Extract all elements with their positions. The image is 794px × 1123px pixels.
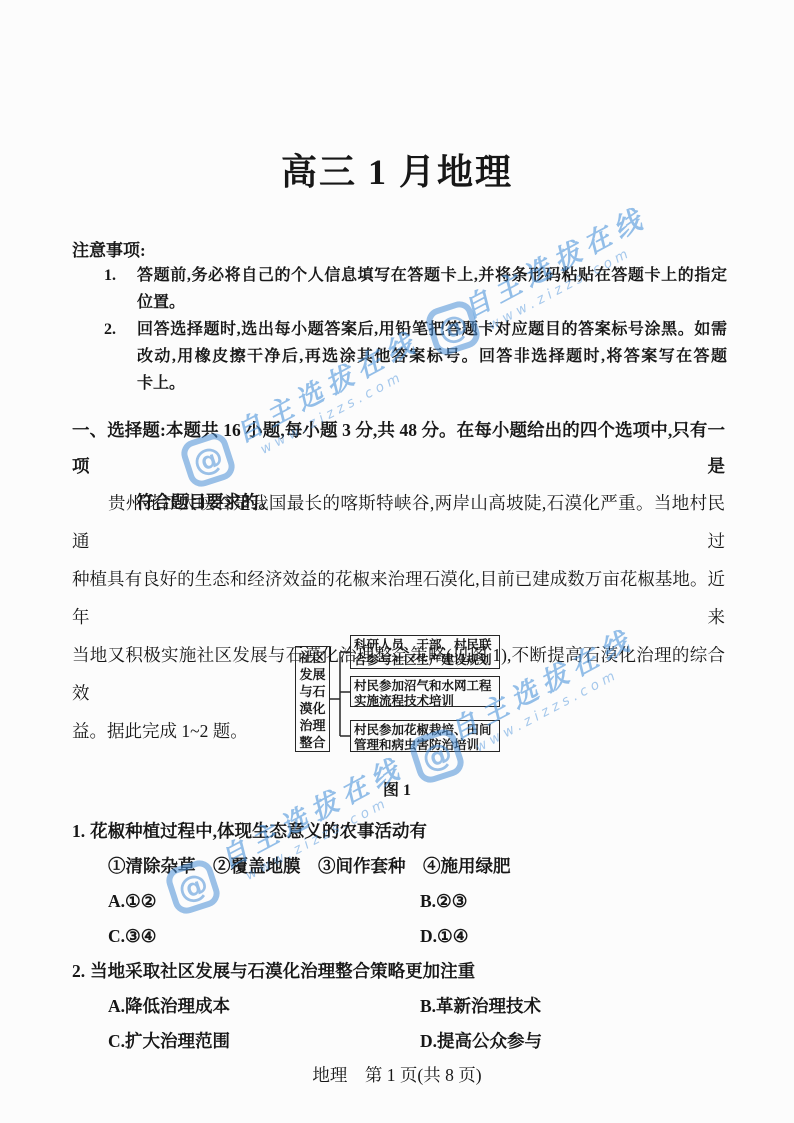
question-2-option-c: C.扩大治理范围 bbox=[108, 1026, 230, 1056]
question-1-option-b: B.②③ bbox=[420, 886, 467, 916]
exam-paper-page: 高三 1 月地理 注意事项: 1. 答题前,务必将自己的个人信息填写在答题卡上,… bbox=[0, 0, 794, 1123]
question-1-option-c: C.③④ bbox=[108, 921, 156, 951]
notice-item-2-text: 回答选择题时,选出每小题答案后,用铅笔把答题卡对应题目的答案标号涂黑。如需改动,… bbox=[137, 316, 727, 397]
notice-item-1-text: 答题前,务必将自己的个人信息填写在答题卡上,并将条形码粘贴在答题卡上的指定位置。 bbox=[137, 262, 727, 316]
question-2-text: 当地采取社区发展与石漠化治理整合策略更加注重 bbox=[90, 961, 475, 981]
question-1-numbered-choices: ①清除杂草 ②覆盖地膜 ③间作套种 ④施用绿肥 bbox=[108, 851, 511, 881]
notice-item-1-number: 1. bbox=[104, 262, 116, 289]
notice-item-2-number: 2. bbox=[104, 316, 116, 343]
question-1-options-row-1: A.①② B.②③ bbox=[0, 886, 794, 916]
notice-heading: 注意事项: bbox=[72, 238, 146, 264]
page-title: 高三 1 月地理 bbox=[0, 146, 794, 198]
question-2-option-b: B.革新治理技术 bbox=[420, 991, 541, 1021]
page-footer: 地理 第 1 页(共 8 页) bbox=[0, 1062, 794, 1088]
question-1-options-row-2: C.③④ D.①④ bbox=[0, 921, 794, 951]
question-2-options-row-2: C.扩大治理范围 D.提高公众参与 bbox=[0, 1026, 794, 1056]
notice-item-2: 2. 回答选择题时,选出每小题答案后,用铅笔把答题卡对应题目的答案标号涂黑。如需… bbox=[104, 316, 727, 397]
question-1-text: 花椒种植过程中,体现生态意义的农事活动有 bbox=[90, 821, 427, 841]
question-2-options-row-1: A.降低治理成本 B.革新治理技术 bbox=[0, 991, 794, 1021]
question-2-number: 2. bbox=[72, 961, 85, 981]
notice-item-1: 1. 答题前,务必将自己的个人信息填写在答题卡上,并将条形码粘贴在答题卡上的指定… bbox=[104, 262, 727, 316]
figure-caption: 图 1 bbox=[0, 778, 794, 804]
figure-diagram: 社区发展与石漠化治理整合 科研人员、干部、村民联合参与社区生产建设规划 村民参加… bbox=[293, 630, 508, 760]
figure-root-box: 社区发展与石漠化治理整合 bbox=[295, 646, 330, 752]
figure-branch-box-3: 村民参加花椒栽培、田间管理和病虫害防治培训 bbox=[350, 720, 500, 752]
question-2-option-d: D.提高公众参与 bbox=[420, 1026, 542, 1056]
figure-branch-box-2: 村民参加沼气和水网工程实施流程技术培训 bbox=[350, 676, 500, 707]
question-1-number: 1. bbox=[72, 821, 85, 841]
question-2-stem: 2.当地采取社区发展与石漠化治理整合策略更加注重 bbox=[72, 956, 475, 986]
question-1-option-a: A.①② bbox=[108, 886, 156, 916]
question-2-option-a: A.降低治理成本 bbox=[108, 991, 230, 1021]
question-1-stem: 1.花椒种植过程中,体现生态意义的农事活动有 bbox=[72, 816, 427, 846]
question-1-option-d: D.①④ bbox=[420, 921, 468, 951]
figure-branch-box-1: 科研人员、干部、村民联合参与社区生产建设规划 bbox=[350, 635, 500, 669]
